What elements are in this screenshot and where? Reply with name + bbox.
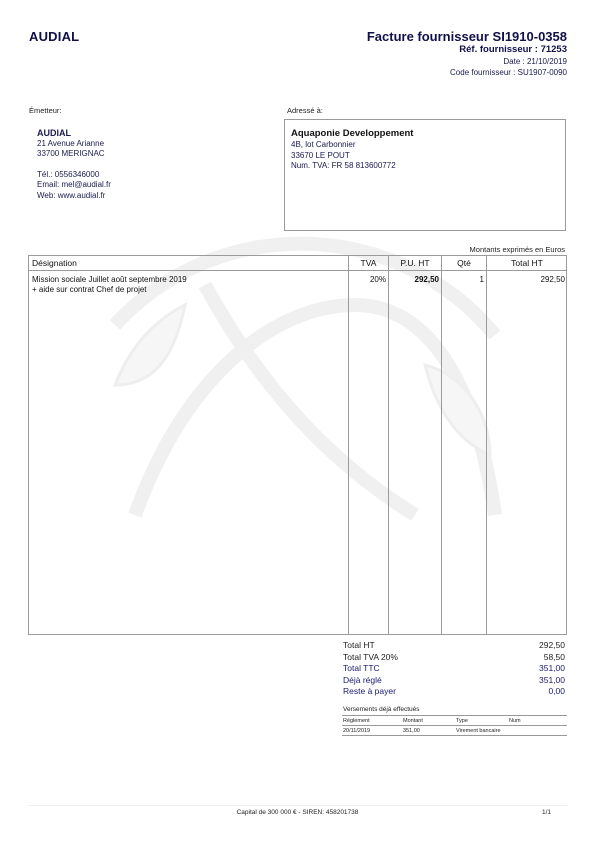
brand-name: AUDIAL: [29, 29, 79, 44]
total-ht-label: Total HT: [343, 640, 375, 652]
line-qty: 1: [442, 275, 484, 285]
payments-table: Règlement Montant Type Num 20/11/2019 35…: [342, 715, 567, 736]
recipient-address2: 33670 LE POUT: [291, 151, 413, 162]
total-ttc-row: Total TTC351,00: [343, 663, 565, 675]
totals-block: Total HT292,50 Total TVA 20%58,50 Total …: [343, 640, 565, 698]
supplier-ref: Réf. fournisseur : 71253: [367, 44, 567, 56]
invoice-date: Date : 21/10/2019: [367, 56, 567, 67]
total-ht-row: Total HT292,50: [343, 640, 565, 652]
remaining-label: Reste à payer: [343, 686, 396, 698]
payment-date: 20/11/2019: [342, 728, 402, 734]
recipient-block: Aquaponie Developpement 4B, lot Carbonni…: [291, 128, 413, 172]
line-designation-1: Mission sociale Juillet août septembre 2…: [32, 275, 187, 285]
payment-amount: 351,00: [402, 728, 455, 734]
payments-header-date: Règlement: [342, 718, 402, 724]
line-designation: Mission sociale Juillet août septembre 2…: [32, 275, 187, 295]
payments-title: Versements déjà effectués: [343, 706, 419, 713]
emitter-name: AUDIAL: [37, 128, 111, 139]
supplier-code: Code fournisseur : SU1907-0090: [367, 67, 567, 78]
payments-header-amount: Montant: [402, 718, 455, 724]
emitter-email: Email: mel@audial.fr: [37, 180, 111, 191]
emitter-web: Web: www.audial.fr: [37, 191, 111, 202]
recipient-address1: 4B, lot Carbonnier: [291, 140, 413, 151]
invoice-title: Facture fournisseur SI1910-0358: [367, 29, 567, 44]
total-ht-value: 292,50: [539, 640, 565, 652]
page-number: 1/1: [542, 809, 551, 816]
line-unit-price: 292,50: [389, 275, 439, 285]
emitter-phone: Tél.: 0556346000: [37, 170, 111, 181]
col-header-designation: Désignation: [32, 258, 77, 268]
footer-legal: Capital de 300 000 € - SIREN: 458201738: [0, 809, 595, 816]
line-total: 292,50: [487, 275, 565, 285]
col-divider: [486, 256, 487, 634]
total-ttc-value: 351,00: [539, 663, 565, 675]
col-header-unit-price: P.U. HT: [389, 258, 441, 268]
emitter-label: Émetteur:: [29, 106, 62, 115]
invoice-lines-table: Désignation TVA P.U. HT Qté Total HT Mis…: [28, 255, 567, 635]
emitter-address1: 21 Avenue Arianne: [37, 139, 111, 150]
total-vat-row: Total TVA 20%58,50: [343, 652, 565, 664]
emitter-block: AUDIAL 21 Avenue Arianne 33700 MERIGNAC …: [37, 128, 111, 201]
paid-label: Déjà réglé: [343, 675, 382, 687]
line-designation-2: + aide sur contrat Chef de projet: [32, 285, 187, 295]
col-divider: [441, 256, 442, 634]
remaining-value: 0,00: [548, 686, 565, 698]
recipient-label: Adressé à:: [287, 106, 323, 115]
col-divider: [348, 256, 349, 634]
footer-divider: [28, 805, 567, 806]
currency-note: Montants exprimés en Euros: [470, 245, 565, 254]
paid-row: Déjà réglé351,00: [343, 675, 565, 687]
col-header-qty: Qté: [442, 258, 486, 268]
paid-value: 351,00: [539, 675, 565, 687]
line-vat: 20%: [349, 275, 386, 285]
payments-header-type: Type: [455, 718, 508, 724]
total-ttc-label: Total TTC: [343, 663, 380, 675]
payment-type: Virement bancaire: [455, 728, 536, 734]
total-vat-label: Total TVA 20%: [343, 652, 398, 664]
total-vat-value: 58,50: [544, 652, 565, 664]
col-header-vat: TVA: [349, 258, 388, 268]
col-divider: [388, 256, 389, 634]
invoice-header: Facture fournisseur SI1910-0358 Réf. fou…: [367, 29, 567, 78]
emitter-address2: 33700 MERIGNAC: [37, 149, 111, 160]
col-header-total: Total HT: [487, 258, 567, 268]
payment-row: 20/11/2019 351,00 Virement bancaire: [342, 726, 567, 736]
payments-header-row: Règlement Montant Type Num: [342, 715, 567, 726]
remaining-row: Reste à payer0,00: [343, 686, 565, 698]
recipient-name: Aquaponie Developpement: [291, 128, 413, 140]
recipient-vat: Num. TVA: FR 58 813600772: [291, 161, 413, 172]
payments-header-num: Num: [508, 718, 521, 724]
